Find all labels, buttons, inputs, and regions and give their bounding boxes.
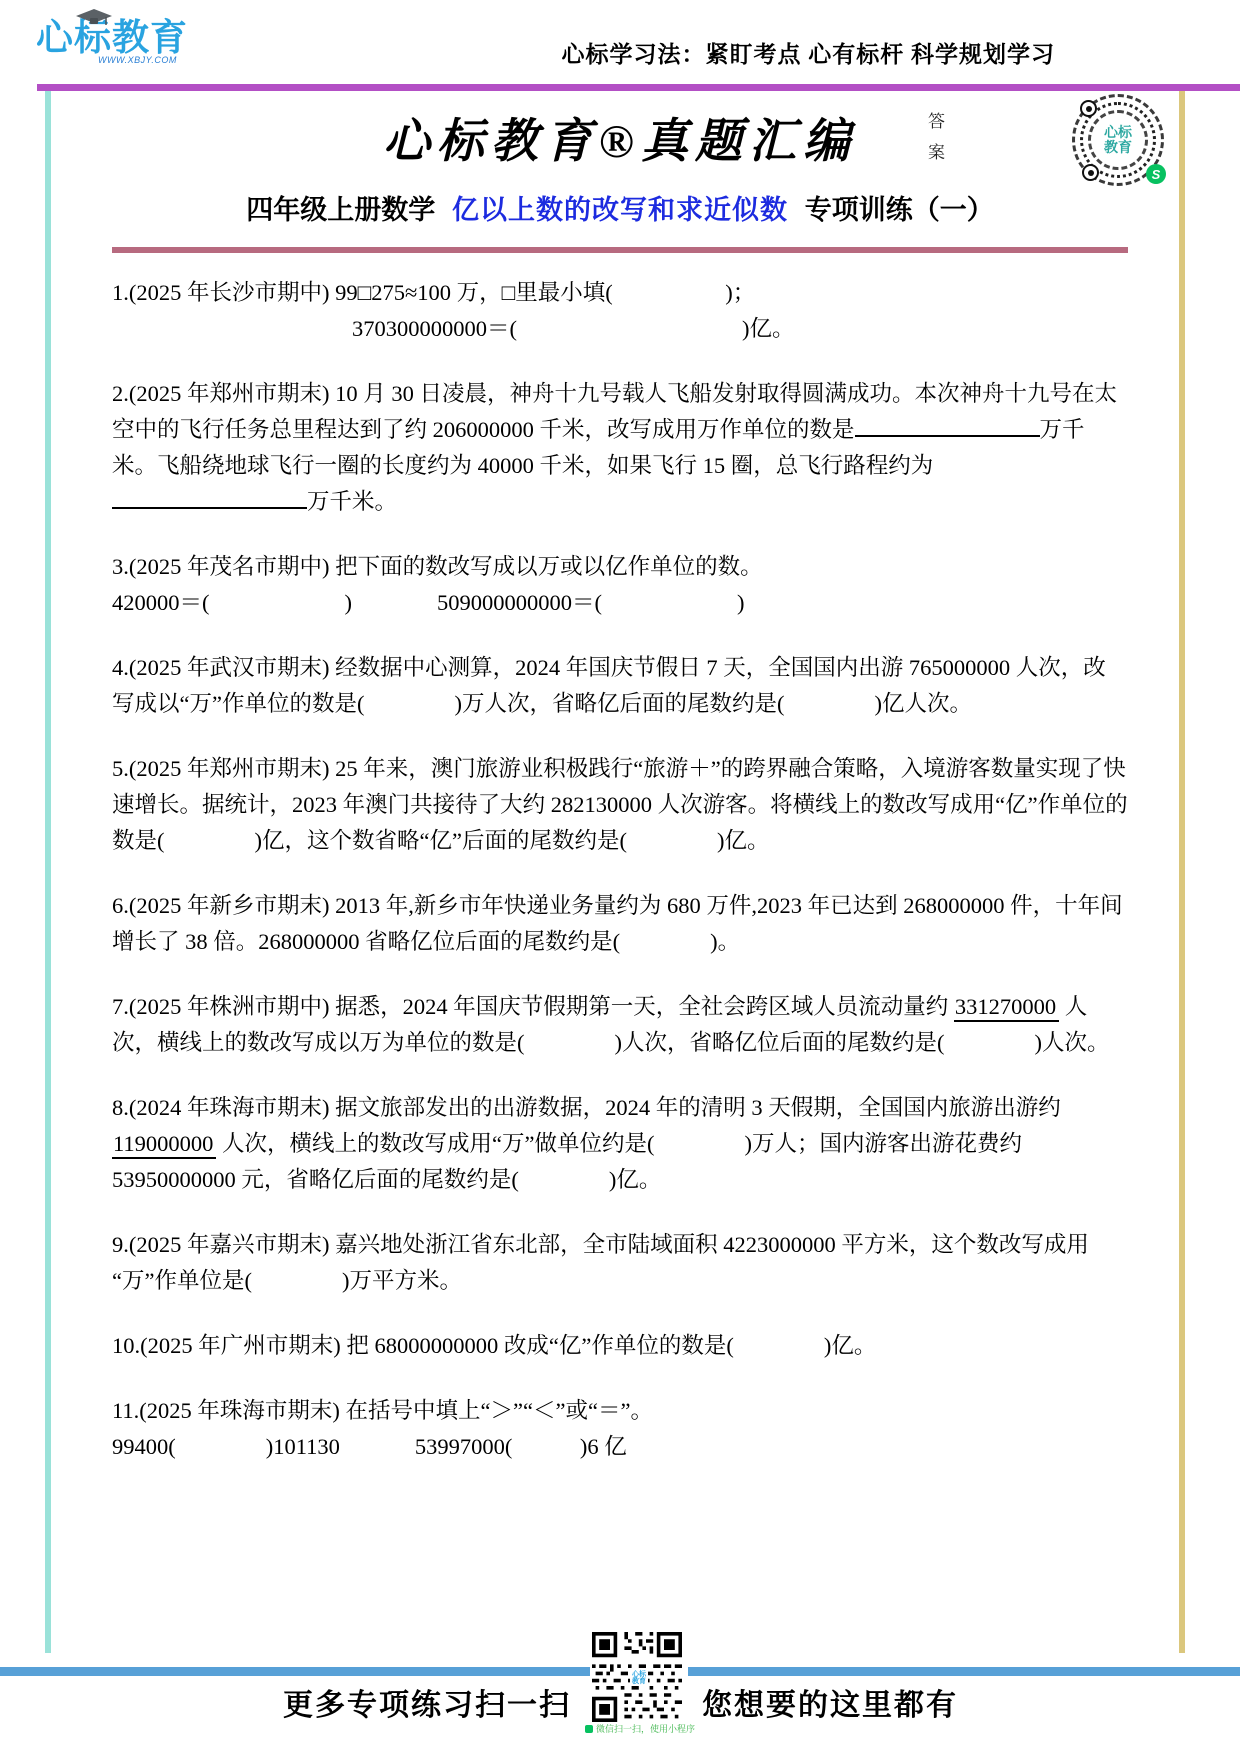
question-text: 人次，横线上的数改写成用“万”做单位约是( )万人；国内游客出游花费约 5395… xyxy=(112,1131,1022,1192)
footer-qr-center-logo: 心标 教育 xyxy=(630,1670,648,1686)
question: 7.(2025 年株洲市期中) 据悉，2024 年国庆节假期第一天，全社会跨区域… xyxy=(112,989,1128,1061)
question-text: 4.(2025 年武汉市期末) 经数据中心测算，2024 年国庆节假日 7 天，… xyxy=(112,655,1106,716)
question-line: 99400( )10113053997000( )6 亿 xyxy=(112,1429,1128,1465)
question: 11.(2025 年珠海市期末) 在括号中填上“＞”“＜”或“＝”。99400(… xyxy=(112,1393,1128,1465)
question: 10.(2025 年广州市期末) 把 68000000000 改成“亿”作单位的… xyxy=(112,1328,1128,1364)
question: 5.(2025 年郑州市期末) 25 年来，澳门旅游业积极践行“旅游＋”的跨界融… xyxy=(112,751,1128,859)
question: 6.(2025 年新乡市期末) 2013 年,新乡市年快递业务量约为 680 万… xyxy=(112,888,1128,960)
spacer xyxy=(340,1453,415,1454)
page-subtitle: 四年级上册数学 亿以上数的改写和求近似数 专项训练（一） xyxy=(112,188,1128,227)
question-text: 1.(2025 年长沙市期中) 99□275≈100 万，□里最小填( )； xyxy=(112,280,755,305)
spacer xyxy=(352,609,437,610)
wechat-mini-icon xyxy=(585,1725,593,1733)
question-text: 509000000000＝( ) xyxy=(437,590,745,615)
question-text: 10.(2025 年广州市期末) 把 68000000000 改成“亿”作单位的… xyxy=(112,1333,876,1358)
footer-left-text: 更多专项练习扫一扫 xyxy=(283,1680,571,1724)
question-line: 10.(2025 年广州市期末) 把 68000000000 改成“亿”作单位的… xyxy=(112,1328,1128,1364)
subtitle-series: 专项训练（一） xyxy=(805,195,994,225)
question-text: 3.(2025 年茂名市期中) 把下面的数改写成以万或以亿作单位的数。 xyxy=(112,554,763,579)
page-title: 心标教育®真题汇编 xyxy=(112,113,1128,172)
question-text: 万千米。 xyxy=(307,489,397,514)
frame-right-line xyxy=(1179,91,1185,1653)
question-line: 3.(2025 年茂名市期中) 把下面的数改写成以万或以亿作单位的数。 xyxy=(112,549,1128,585)
question-line: 370300000000＝( )亿。 xyxy=(112,311,1128,347)
subtitle-topic: 亿以上数的改写和求近似数 xyxy=(452,195,788,225)
brand-logo-text: 心标教育 xyxy=(36,18,256,59)
question-text: 8.(2024 年珠海市期末) 据文旅部发出的出游数据，2024 年的清明 3 … xyxy=(112,1095,1061,1120)
fill-in-blank xyxy=(112,484,307,509)
footer-qr-code: 心标 教育 xyxy=(590,1630,688,1729)
question-line: 420000＝( )509000000000＝( ) xyxy=(112,585,1128,621)
title-divider-line xyxy=(112,247,1128,253)
frame-top-line xyxy=(37,84,1240,91)
underlined-number: 119000000 xyxy=(112,1131,216,1159)
footer-right-text: 您想要的这里都有 xyxy=(702,1680,958,1724)
question: 4.(2025 年武汉市期末) 经数据中心测算，2024 年国庆节假日 7 天，… xyxy=(112,650,1128,722)
question: 9.(2025 年嘉兴市期末) 嘉兴地处浙江省东北部，全市陆域面积 422300… xyxy=(112,1227,1128,1299)
question-text: 9.(2025 年嘉兴市期末) 嘉兴地处浙江省东北部，全市陆域面积 422300… xyxy=(112,1232,1089,1293)
graduation-cap-icon xyxy=(76,9,112,27)
question-line: 9.(2025 年嘉兴市期末) 嘉兴地处浙江省东北部，全市陆域面积 422300… xyxy=(112,1227,1128,1299)
frame-left-line xyxy=(45,91,51,1653)
question-line: 11.(2025 年珠海市期末) 在括号中填上“＞”“＜”或“＝”。 xyxy=(112,1393,1128,1429)
brand-logo: 心标教育 WWW.XBJY.COM xyxy=(36,18,256,65)
footer-qr-caption: 微信扫一扫，使用小程序 xyxy=(555,1722,725,1735)
question-text: 11.(2025 年珠海市期末) 在括号中填上“＞”“＜”或“＝”。 xyxy=(112,1398,653,1423)
question-text: 99400( )101130 xyxy=(112,1434,340,1459)
question-text: 5.(2025 年郑州市期末) 25 年来，澳门旅游业积极践行“旅游＋”的跨界融… xyxy=(112,756,1128,853)
underlined-number: 331270000 xyxy=(954,994,1059,1022)
question-line: 5.(2025 年郑州市期末) 25 年来，澳门旅游业积极践行“旅游＋”的跨界融… xyxy=(112,751,1128,859)
subtitle-grade: 四年级上册数学 xyxy=(246,195,435,225)
question: 1.(2025 年长沙市期中) 99□275≈100 万，□里最小填( )；37… xyxy=(112,275,1128,347)
question-text: 370300000000＝( )亿。 xyxy=(352,316,795,341)
question-text: 53997000( )6 亿 xyxy=(415,1434,627,1459)
fill-in-blank xyxy=(855,412,1040,437)
question-line: 4.(2025 年武汉市期末) 经数据中心测算，2024 年国庆节假日 7 天，… xyxy=(112,650,1128,722)
question-line: 7.(2025 年株洲市期中) 据悉，2024 年国庆节假期第一天，全社会跨区域… xyxy=(112,989,1128,1061)
question-text: 420000＝( ) xyxy=(112,590,352,615)
questions-list: 1.(2025 年长沙市期中) 99□275≈100 万，□里最小填( )；37… xyxy=(112,275,1128,1465)
main-content: 心标教育®真题汇编 四年级上册数学 亿以上数的改写和求近似数 专项训练（一） 1… xyxy=(112,91,1128,1494)
question: 3.(2025 年茂名市期中) 把下面的数改写成以万或以亿作单位的数。42000… xyxy=(112,549,1128,621)
question-line: 8.(2024 年珠海市期末) 据文旅部发出的出游数据，2024 年的清明 3 … xyxy=(112,1090,1128,1198)
question-text: 6.(2025 年新乡市期末) 2013 年,新乡市年快递业务量约为 680 万… xyxy=(112,893,1123,954)
question-text: 7.(2025 年株洲市期中) 据悉，2024 年国庆节假期第一天，全社会跨区域… xyxy=(112,994,954,1019)
header-slogan: 心标学习法：紧盯考点 心有标杆 科学规划学习 xyxy=(562,36,1056,69)
question-line: 6.(2025 年新乡市期末) 2013 年,新乡市年快递业务量约为 680 万… xyxy=(112,888,1128,960)
question: 8.(2024 年珠海市期末) 据文旅部发出的出游数据，2024 年的清明 3 … xyxy=(112,1090,1128,1198)
question: 2.(2025 年郑州市期末) 10 月 30 日凌晨，神舟十九号载人飞船发射取… xyxy=(112,376,1128,520)
wechat-icon: S xyxy=(1146,164,1166,184)
question-line: 1.(2025 年长沙市期中) 99□275≈100 万，□里最小填( )； xyxy=(112,275,1128,311)
question-line: 2.(2025 年郑州市期末) 10 月 30 日凌晨，神舟十九号载人飞船发射取… xyxy=(112,376,1128,520)
worksheet-page: { "colors": { "purple": "#b34fc5", "teal… xyxy=(0,0,1240,1754)
